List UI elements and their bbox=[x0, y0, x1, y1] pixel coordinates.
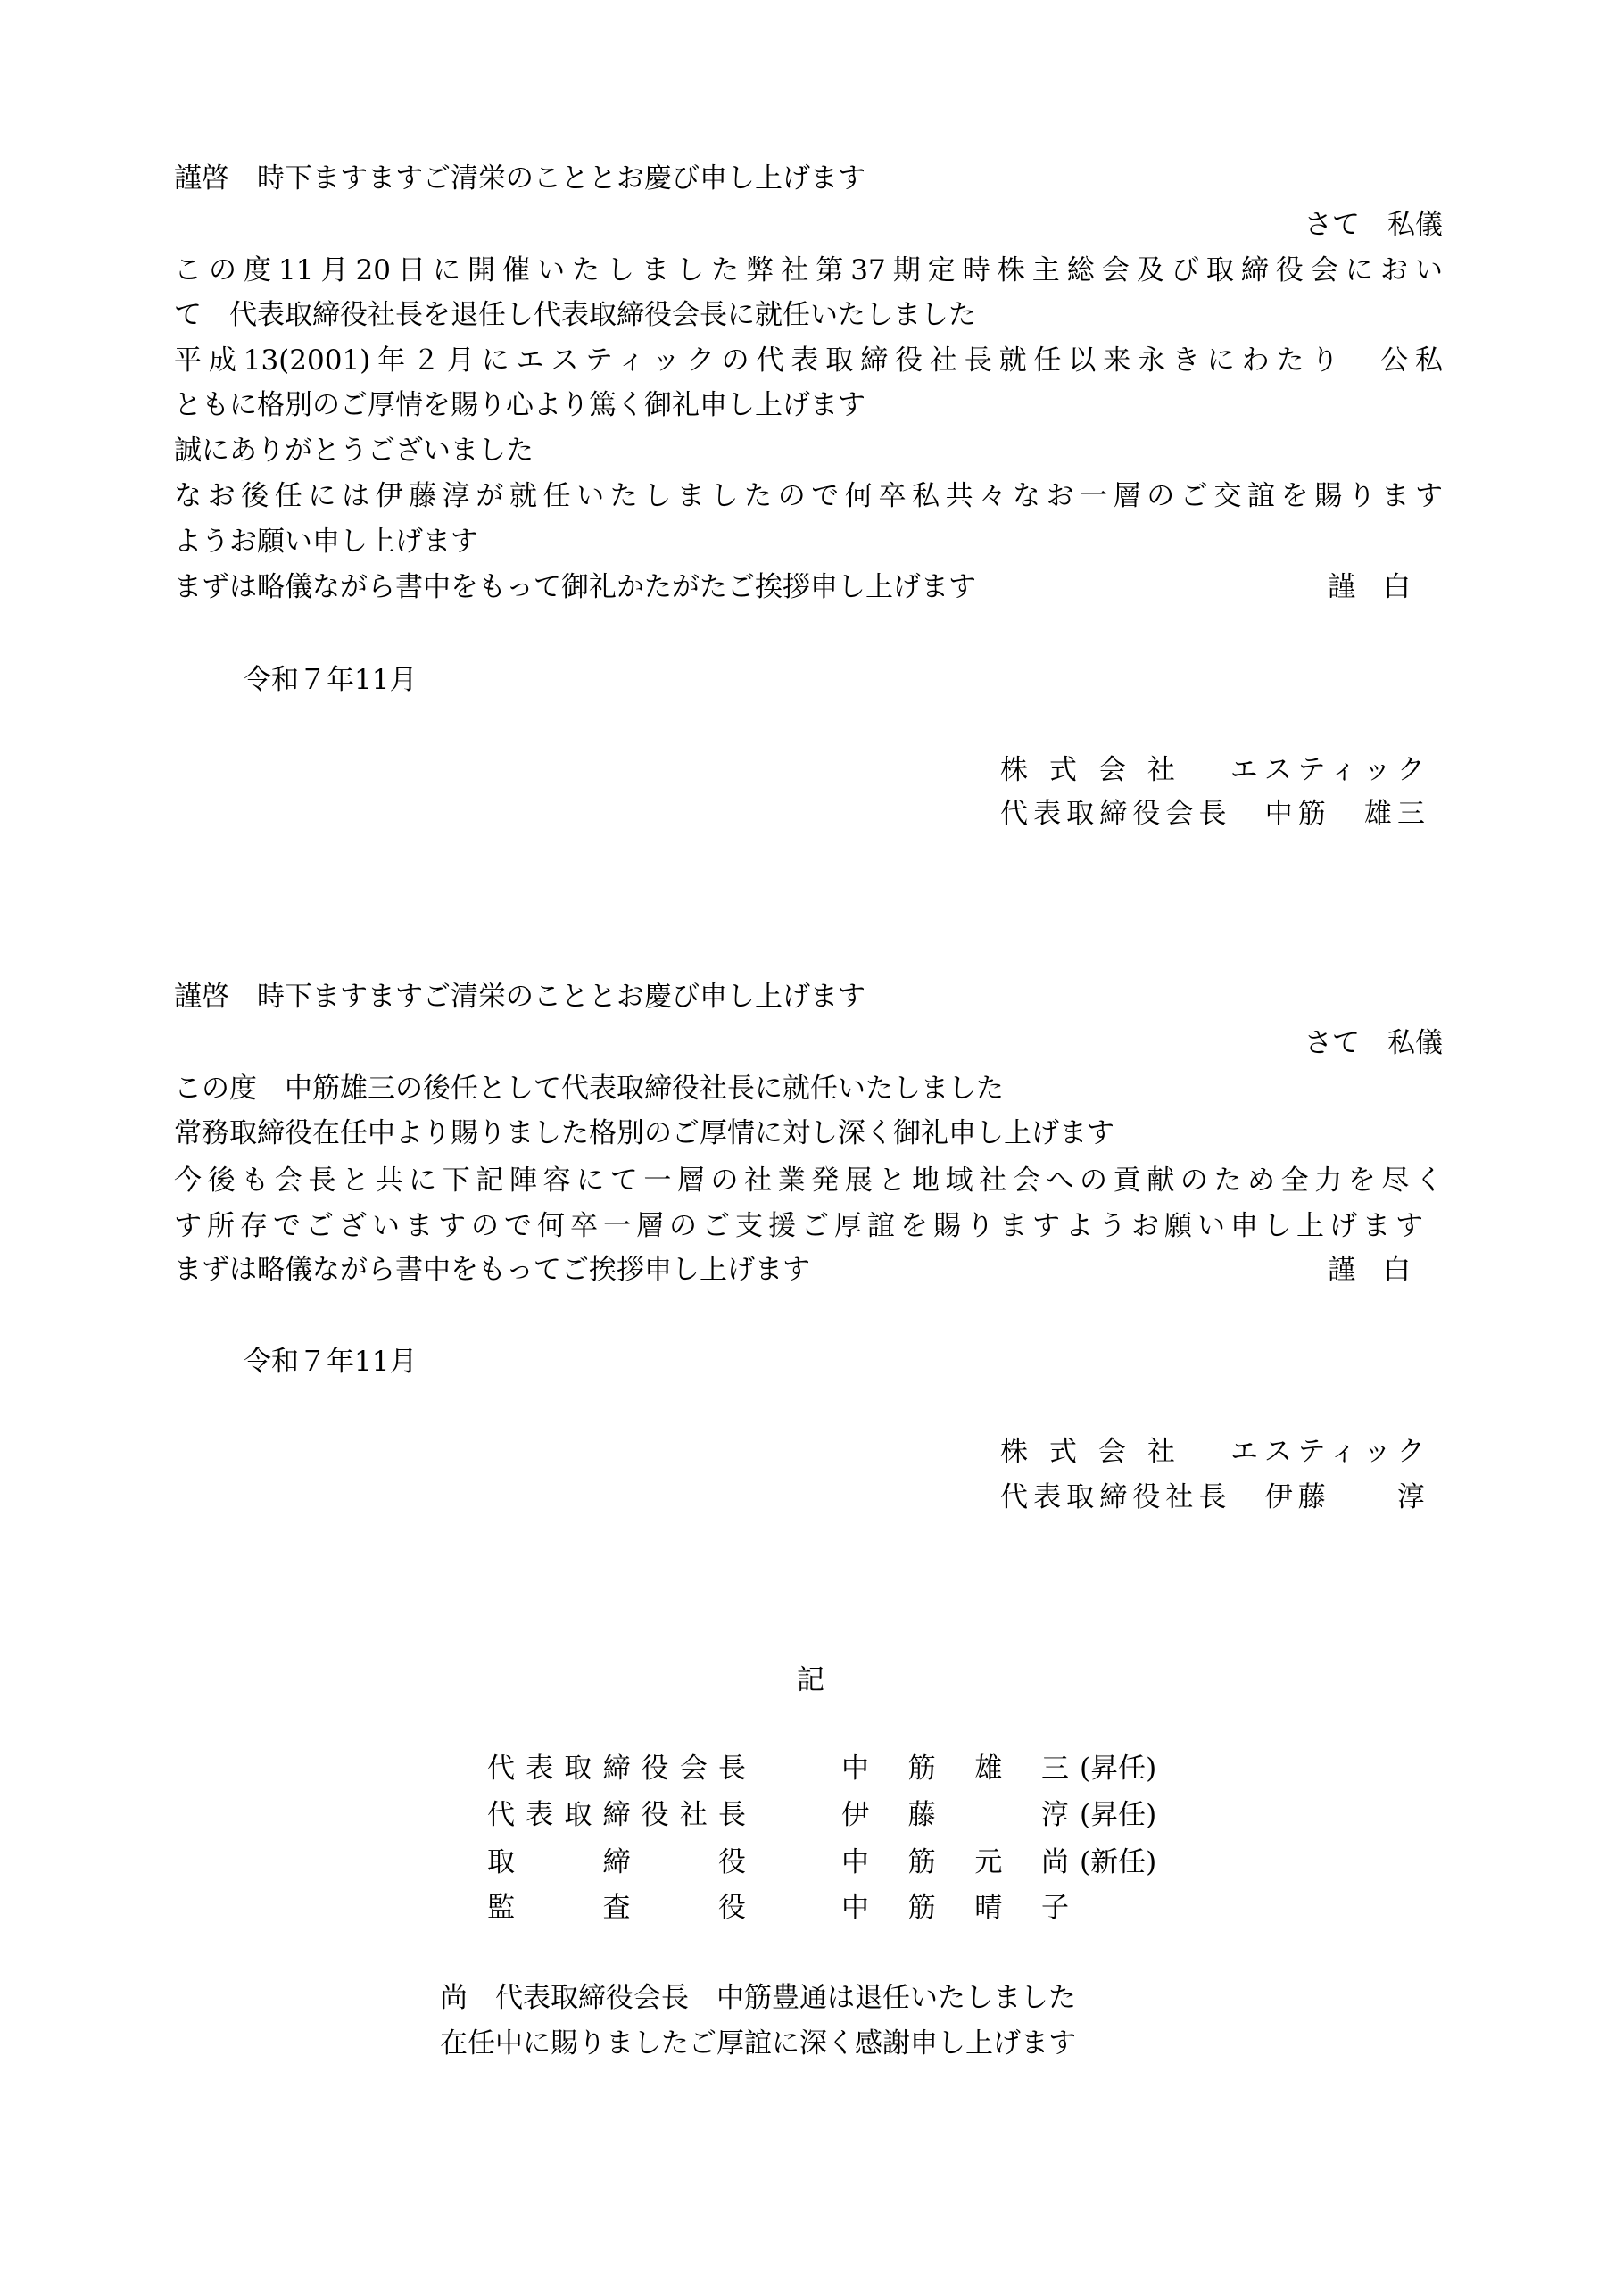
letter1-closing: 謹 白 bbox=[1328, 569, 1411, 605]
letter2-line: この度 中筋雄三の後任として代表取締役社長に就任いたしました bbox=[174, 1071, 1004, 1107]
letter2-closing: 謹 白 bbox=[1328, 1252, 1411, 1288]
roster-name: 中筋雄三 bbox=[841, 1751, 1069, 1786]
roster-title: 代表取締役社長 bbox=[487, 1797, 746, 1833]
letter2-line: 常務取締役在任中より賜りました格別のご厚情に対し深く御礼申し上げます bbox=[174, 1115, 1114, 1151]
roster-row: 代表取締役会長 中筋雄三 (昇任) bbox=[487, 1751, 1183, 1786]
roster-name: 中筋晴子 bbox=[841, 1890, 1069, 1926]
roster-row: 取締役 中筋元尚 (新任) bbox=[487, 1844, 1183, 1880]
letter2-line: す所存でございますので何卒一層のご支援ご厚誼を賜りますようお願い申し上げます bbox=[174, 1208, 1423, 1244]
letter1-line: この度11月20日に開催いたしました弊社第37期定時株主総会及び取締役会におい bbox=[174, 253, 1443, 288]
notice-footnote: 在任中に賜りましたご厚誼に深く感謝申し上げます bbox=[440, 2026, 1076, 2061]
roster-row: 監査役 中筋晴子 bbox=[487, 1890, 1183, 1926]
letter1-intro: さて 私儀 bbox=[1304, 207, 1443, 243]
roster-note: (昇任) bbox=[1080, 1751, 1156, 1786]
roster-row: 代表取締役社長 伊藤 淳 (昇任) bbox=[487, 1797, 1183, 1833]
letter2-company: 株 式 会 社 エスティック bbox=[1000, 1434, 1425, 1470]
roster-title: 監査役 bbox=[487, 1890, 746, 1926]
letter1-line: て 代表取締役社長を退任し代表取締役会長に就任いたしました bbox=[174, 297, 976, 333]
letter2-signer: 代表取締役社長 伊藤 淳 bbox=[1000, 1480, 1425, 1515]
roster-name: 中筋元尚 bbox=[841, 1844, 1069, 1880]
roster-note: (昇任) bbox=[1080, 1797, 1156, 1833]
letter1-signer: 代表取締役会長 中筋 雄三 bbox=[1000, 796, 1425, 832]
letter1-date: 令和７年11月 bbox=[244, 662, 417, 698]
letter1-line: ようお願い申し上げます bbox=[174, 524, 478, 559]
letter1-line: 誠にありがとうございました bbox=[174, 433, 534, 468]
notice-footnote: 尚 代表取締役会長 中筋豊通は退任いたしました bbox=[440, 1980, 1076, 2016]
letter2-intro: さて 私儀 bbox=[1304, 1025, 1443, 1061]
notice-heading: 記 bbox=[797, 1662, 824, 1698]
letter2-date: 令和７年11月 bbox=[244, 1344, 417, 1380]
letter1-line: 平成13(2001)年２月にエスティックの代表取締役社長就任以来永きにわたり 公… bbox=[174, 343, 1443, 378]
roster-title: 取締役 bbox=[487, 1844, 746, 1880]
letter1-line: ともに格別のご厚情を賜り心より篤く御礼申し上げます bbox=[174, 387, 865, 423]
letter1-line: まずは略儀ながら書中をもって御礼かたがたご挨拶申し上げます bbox=[174, 569, 976, 605]
letter1-salutation: 謹啓 時下ますますご清栄のこととお慶び申し上げます bbox=[174, 161, 865, 196]
roster-title: 代表取締役会長 bbox=[487, 1751, 746, 1786]
letter1-company: 株 式 会 社 エスティック bbox=[1000, 752, 1425, 788]
letter2-line: まずは略儀ながら書中をもってご挨拶申し上げます bbox=[174, 1252, 810, 1288]
letter2-salutation: 謹啓 時下ますますご清栄のこととお慶び申し上げます bbox=[174, 979, 865, 1015]
roster-note: (新任) bbox=[1080, 1844, 1156, 1880]
roster-name: 伊藤 淳 bbox=[841, 1797, 1069, 1833]
letter1-line: なお後任には伊藤淳が就任いたしましたので何卒私共々なお一層のご交誼を賜ります bbox=[174, 478, 1443, 514]
letter2-line: 今後も会長と共に下記陣容にて一層の社業発展と地域社会への貢献のため全力を尽く bbox=[174, 1163, 1443, 1198]
